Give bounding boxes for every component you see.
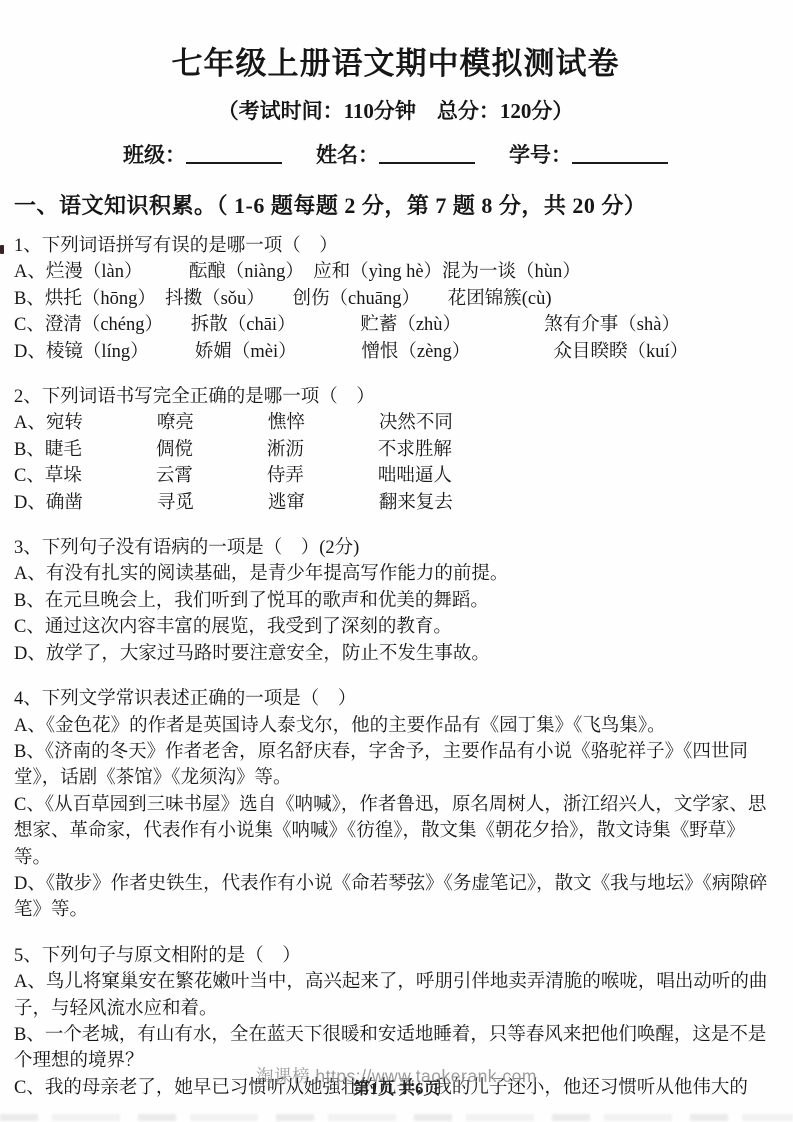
question-2-option-c: C、草垛 云霄 侍弄 咄咄逼人 — [14, 463, 777, 489]
name-blank-line — [379, 142, 475, 164]
question-3-stem: 3、下列句子没有语病的一项是（ ）(2分) — [14, 535, 777, 561]
question-1-option-c: C、澄清（chéng） 拆散（chāi） 贮蓄（zhù） 煞有介事（shà） — [14, 312, 777, 338]
question-4-option-a: A、《金色花》的作者是英国诗人泰戈尔，他的主要作品有《园丁集》《飞鸟集》。 — [14, 713, 777, 739]
question-4: 4、下列文学常识表述正确的一项是（ ） A、《金色花》的作者是英国诗人泰戈尔，他… — [14, 686, 777, 924]
class-blank-line — [186, 142, 282, 164]
student-id-label: 学号： — [509, 143, 572, 167]
question-2: 2、下列词语书写完全正确的是哪一项（ ） A、宛转 嘹亮 憔悴 决然不同 B、睫… — [14, 384, 777, 516]
question-1-stem: 1、下列词语拼写有误的是哪一项（ ） — [14, 233, 777, 259]
student-id-blank-line — [572, 142, 668, 164]
question-5-option-b: B、一个老城，有山有水，全在蓝天下很暖和安适地睡着，只等春风来把他们唤醒，这是不… — [14, 1022, 777, 1075]
question-4-stem: 4、下列文学常识表述正确的一项是（ ） — [14, 686, 777, 712]
question-3-option-a: A、有没有扎实的阅读基础，是青少年提高写作能力的前提。 — [14, 561, 777, 587]
question-2-stem: 2、下列词语书写完全正确的是哪一项（ ） — [14, 384, 777, 410]
question-2-option-a: A、宛转 嘹亮 憔悴 决然不同 — [14, 410, 777, 436]
question-5-option-c: C、我的母亲老了，她早已习惯听从她强壮的儿子；我的儿子还小，他还习惯听从他伟大的 — [14, 1075, 777, 1101]
question-1-option-d: D、棱镜（líng） 娇媚（mèi） 憎恨（zèng） 众目睽睽（kuí） — [14, 339, 777, 365]
class-field: 班级： — [123, 139, 282, 169]
scan-artifact-smudge — [0, 1114, 793, 1121]
paper-header: 七年级上册语文期中模拟测试卷 （考试时间：110分钟 总分：120分） 班级： … — [14, 38, 777, 169]
scan-artifact-speck — [0, 245, 4, 254]
exam-time-score-line: （考试时间：110分钟 总分：120分） — [14, 95, 777, 125]
student-id-field: 学号： — [509, 139, 668, 169]
question-5-stem: 5、下列句子与原文相附的是（ ） — [14, 943, 777, 969]
question-2-option-b: B、睫毛 倜傥 淅沥 不求胜解 — [14, 437, 777, 463]
question-3-option-c: C、通过这次内容丰富的展览，我受到了深刻的教育。 — [14, 614, 777, 640]
name-label: 姓名： — [316, 143, 379, 167]
page-title: 七年级上册语文期中模拟测试卷 — [14, 38, 777, 83]
question-3-option-b: B、在元旦晚会上，我们听到了悦耳的歌声和优美的舞蹈。 — [14, 588, 777, 614]
question-5: 5、下列句子与原文相附的是（ ） A、鸟儿将窠巢安在繁花嫩叶当中，高兴起来了，呼… — [14, 943, 777, 1101]
exam-paper-page: 七年级上册语文期中模拟测试卷 （考试时间：110分钟 总分：120分） 班级： … — [0, 0, 793, 1122]
question-4-option-d: D、《散步》作者史铁生，代表作有小说《命若琴弦》《务虚笔记》，散文《我与地坛》《… — [14, 871, 777, 924]
student-info-row: 班级： 姓名： 学号： — [14, 139, 777, 169]
question-4-option-b: B、《济南的冬天》作者老舍，原名舒庆春，字舍予，主要作品有小说《骆驼祥子》《四世… — [14, 739, 777, 792]
class-label: 班级： — [123, 143, 186, 167]
question-3-option-d: D、放学了，大家过马路时要注意安全，防止不发生事故。 — [14, 641, 777, 667]
question-3: 3、下列句子没有语病的一项是（ ）(2分) A、有没有扎实的阅读基础，是青少年提… — [14, 535, 777, 667]
question-2-option-d: D、确凿 寻觅 逃窜 翻来复去 — [14, 490, 777, 516]
section-1-heading: 一、语文知识积累。（ 1-6 题每题 2 分，第 7 题 8 分，共 20 分） — [14, 189, 777, 220]
question-1-option-a: A、烂漫（làn） 酝酿（niàng） 应和（yìng hè）混为一谈（hùn） — [14, 259, 777, 285]
question-4-option-c: C、《从百草园到三味书屋》选自《呐喊》，作者鲁迅，原名周树人，浙江绍兴人，文学家… — [14, 792, 777, 871]
question-1: 1、下列词语拼写有误的是哪一项（ ） A、烂漫（làn） 酝酿（niàng） 应… — [14, 233, 777, 365]
question-5-option-a: A、鸟儿将窠巢安在繁花嫩叶当中，高兴起来了，呼朋引伴地卖弄清脆的喉咙，唱出动听的… — [14, 969, 777, 1022]
question-1-option-b: B、烘托（hōng） 抖擞（sǒu） 创伤（chuāng） 花团锦簇(cù) — [14, 286, 777, 312]
name-field: 姓名： — [316, 139, 475, 169]
